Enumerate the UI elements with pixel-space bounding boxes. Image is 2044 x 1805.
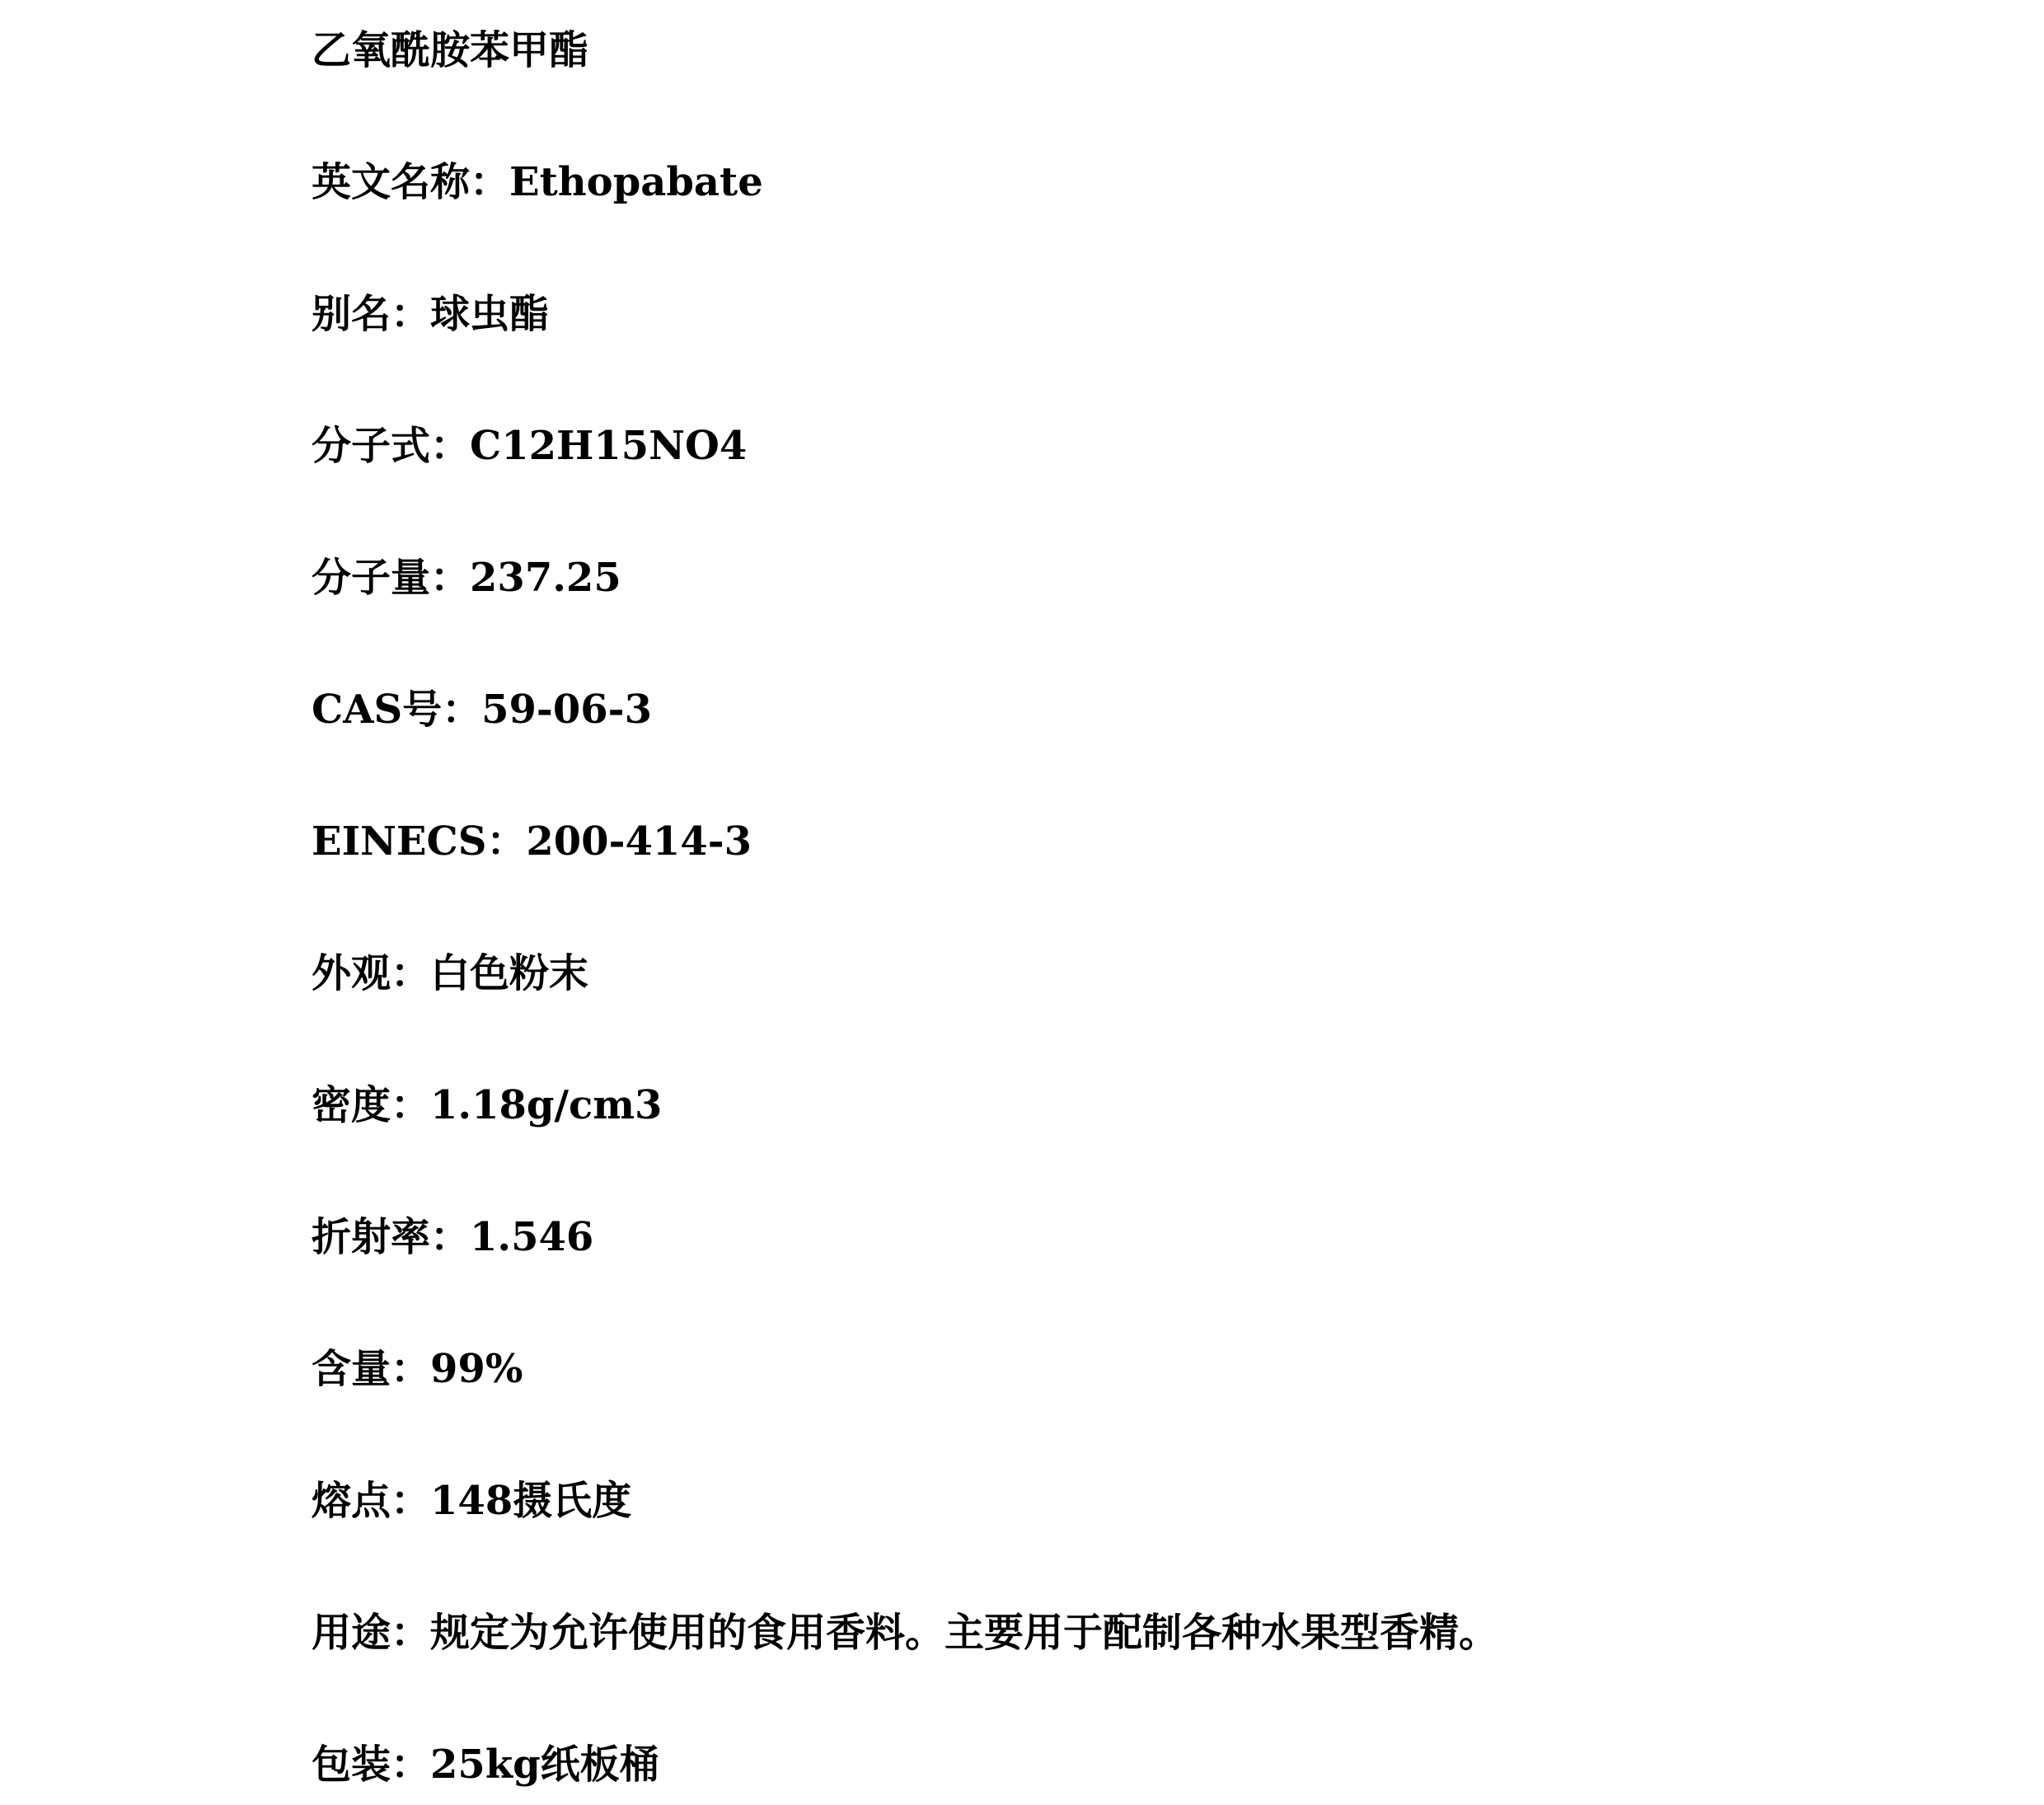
- field-value: 1.18g/cm3: [430, 1082, 662, 1128]
- field-label: 英文名称：: [312, 159, 509, 205]
- field-appearance: 外观：白色粉末: [312, 949, 588, 998]
- field-value: 59-06-3: [481, 687, 652, 733]
- field-value: 规定为允许使用的食用香料。主要用于配制各种水果型香精。: [430, 1610, 1498, 1656]
- field-einecs: EINECS：200-414-3: [312, 817, 752, 866]
- field-label: EINECS：: [312, 818, 526, 865]
- field-english-name: 英文名称：Ethopabate: [312, 157, 763, 207]
- field-molecular-formula: 分子式：C12H15NO4: [312, 421, 747, 471]
- field-value: 148摄氏度: [430, 1478, 631, 1524]
- field-value: Ethopabate: [509, 159, 763, 205]
- field-label: 熔点：: [312, 1478, 430, 1524]
- field-value: 1.546: [470, 1214, 593, 1260]
- field-label: 外观：: [312, 950, 430, 996]
- field-value: C12H15NO4: [470, 423, 747, 469]
- field-value: 200-414-3: [526, 818, 752, 865]
- field-value: 球虫酯: [430, 291, 549, 337]
- field-label: 包装：: [312, 1742, 430, 1788]
- field-label: 分子量：: [312, 555, 470, 601]
- document-title: 乙氧酰胺苯甲酯: [312, 26, 588, 75]
- field-usage: 用途：规定为允许使用的食用香料。主要用于配制各种水果型香精。: [312, 1608, 1498, 1657]
- field-label: 分子式：: [312, 423, 470, 469]
- field-label: 用途：: [312, 1610, 430, 1656]
- field-density: 密度：1.18g/cm3: [312, 1081, 662, 1130]
- field-molecular-weight: 分子量：237.25: [312, 553, 621, 602]
- field-refractive-index: 折射率：1.546: [312, 1212, 593, 1262]
- field-value: 99%: [430, 1346, 523, 1392]
- field-content: 含量：99%: [312, 1344, 523, 1394]
- field-alias: 别名：球虫酯: [312, 289, 549, 339]
- field-value: 白色粉末: [430, 950, 588, 996]
- field-label: 别名：: [312, 291, 430, 337]
- field-value: 25kg纸板桶: [430, 1742, 659, 1788]
- field-cas-number: CAS号：59-06-3: [312, 685, 652, 734]
- field-label: CAS号：: [312, 687, 481, 733]
- field-label: 折射率：: [312, 1214, 470, 1260]
- field-melting-point: 熔点：148摄氏度: [312, 1476, 631, 1526]
- field-label: 密度：: [312, 1082, 430, 1128]
- field-label: 含量：: [312, 1346, 430, 1392]
- field-value: 237.25: [470, 555, 621, 601]
- field-packaging: 包装：25kg纸板桶: [312, 1740, 659, 1789]
